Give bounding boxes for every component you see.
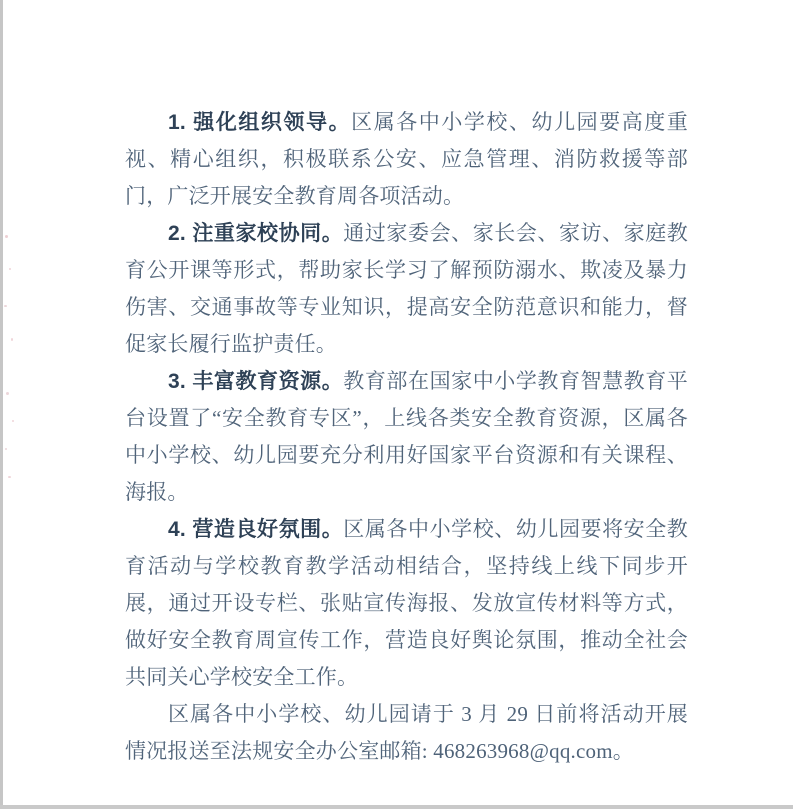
scan-speck xyxy=(6,392,9,395)
paragraph-3: 3. 丰富教育资源。教育部在国家中小学教育智慧教育平台设置了“安全教育专区”，上… xyxy=(125,363,688,511)
paragraph-3-lead: 3. 丰富教育资源。 xyxy=(168,370,343,393)
paragraph-4-body: 区属各中小学校、幼儿园要将安全教育活动与学校教育教学活动相结合，坚持线上线下同步… xyxy=(125,517,688,689)
paragraph-2-lead: 2. 注重家校协同。 xyxy=(168,222,343,245)
paragraph-1-lead: 1. 强化组织领导。 xyxy=(168,111,351,134)
paragraph-5-body: 区属各中小学校、幼儿园请于 3 月 29 日前将活动开展情况报送至法规安全办公室… xyxy=(125,702,688,763)
scan-speck xyxy=(4,305,7,307)
paragraph-5: 区属各中小学校、幼儿园请于 3 月 29 日前将活动开展情况报送至法规安全办公室… xyxy=(125,696,688,770)
paragraph-4: 4. 营造良好氛围。区属各中小学校、幼儿园要将安全教育活动与学校教育教学活动相结… xyxy=(125,511,688,696)
paragraph-4-lead: 4. 营造良好氛围。 xyxy=(168,518,343,541)
scan-speck xyxy=(5,235,8,238)
scan-speck xyxy=(11,338,13,341)
scan-edge-left xyxy=(0,0,3,809)
scan-edge-bottom xyxy=(0,805,793,809)
scan-speck xyxy=(5,448,7,450)
scan-speck xyxy=(8,476,11,478)
scan-speck xyxy=(12,420,14,422)
paragraph-1: 1. 强化组织领导。区属各中小学校、幼儿园要高度重视、精心组织，积极联系公安、应… xyxy=(125,104,688,215)
scan-speck xyxy=(9,268,11,270)
scanned-document-page: 1. 强化组织领导。区属各中小学校、幼儿园要高度重视、精心组织，积极联系公安、应… xyxy=(0,0,793,809)
document-text-block: 1. 强化组织领导。区属各中小学校、幼儿园要高度重视、精心组织，积极联系公安、应… xyxy=(125,104,688,770)
paragraph-2: 2. 注重家校协同。通过家委会、家长会、家访、家庭教育公开课等形式，帮助家长学习… xyxy=(125,215,688,363)
